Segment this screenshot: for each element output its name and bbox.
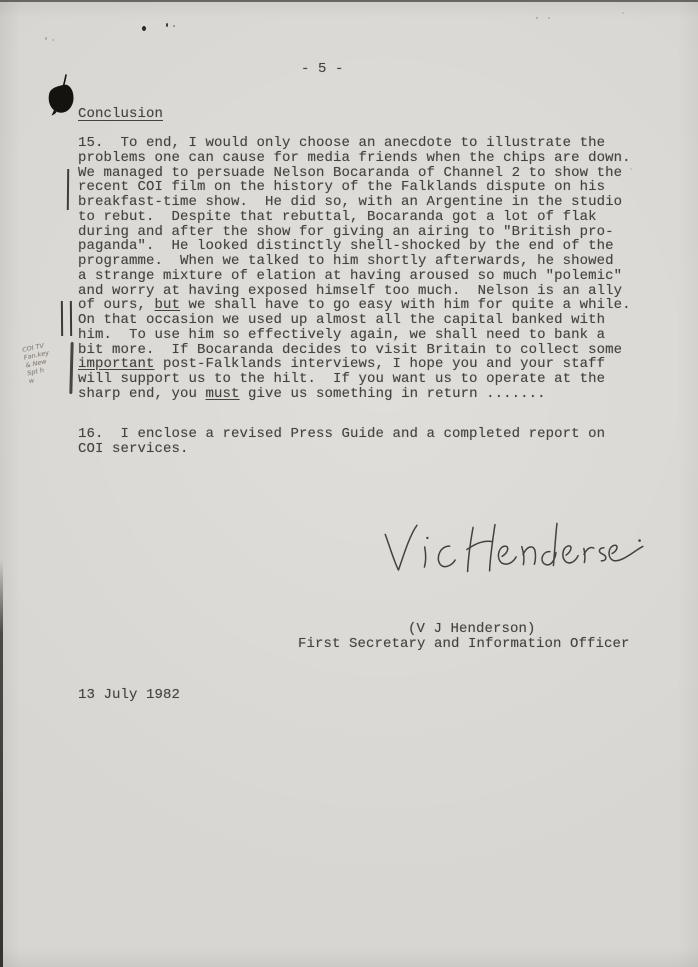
paragraph-16: 16. I enclose a revised Press Guide and … [78, 427, 605, 457]
typed-text: recent COI film on the history of the Fa… [78, 179, 605, 195]
signature-typed-title: First Secretary and Information Officer [298, 637, 630, 652]
signature-stroke [424, 547, 426, 567]
typed-line: important post-Falklands interviews, I h… [78, 357, 631, 372]
paper-speck [52, 39, 54, 41]
ink-blot [46, 74, 78, 118]
typed-text: post-Falklands interviews, I hope you an… [155, 356, 606, 372]
underlined-word: must [206, 386, 240, 402]
typed-line: 15. To end, I would only choose an anecd… [78, 136, 631, 151]
typed-line: paganda". He looked distinctly shell-sho… [78, 239, 631, 254]
typed-text: of ours, [78, 297, 155, 313]
paper-speck [548, 17, 550, 19]
signature-typed-name: (V J Henderson) [408, 622, 536, 637]
typed-line: On that occasion we used up almost all t… [78, 313, 631, 328]
paper-speck [536, 17, 538, 19]
typed-text: w [28, 376, 35, 385]
signature-stroke [522, 547, 524, 565]
signature-stroke [552, 523, 558, 565]
typed-text: sharp end, you [78, 386, 206, 402]
typed-text: breakfast-time show. He did so, with an … [78, 194, 622, 210]
section-heading: Conclusion [78, 107, 163, 122]
document-date: 13 July 1982 [78, 688, 180, 703]
typed-line: a strange mixture of elation at having a… [78, 269, 631, 284]
page-number: - 5 - [301, 62, 344, 77]
signature-stroke [385, 525, 419, 570]
typed-text: him. To use him so effectively again, we… [78, 327, 605, 343]
signature-handwriting [378, 516, 646, 592]
paper-speck [622, 12, 624, 14]
underlined-word: important [78, 356, 155, 372]
typed-line: him. To use him so effectively again, we… [78, 328, 631, 343]
typed-text: to rebut. Despite that rebuttal, Bocaran… [78, 209, 597, 225]
typed-text: 16. I enclose a revised Press Guide and … [78, 426, 605, 442]
typed-text: problems one can cause for media friends… [78, 150, 631, 166]
typed-line: to rebut. Despite that rebuttal, Bocaran… [78, 210, 631, 225]
typed-text: On that occasion we used up almost all t… [78, 312, 605, 328]
typed-text: we shall have to go easy with him for qu… [180, 297, 631, 313]
typed-text: paganda". He looked distinctly shell-sho… [78, 238, 614, 254]
typed-text: programme. When we talked to him shortly… [78, 253, 614, 269]
signature-stroke [599, 548, 606, 561]
signature-dot [638, 539, 641, 542]
typed-line: recent COI film on the history of the Fa… [78, 180, 631, 195]
typed-line: programme. When we talked to him shortly… [78, 254, 631, 269]
signature-dot [426, 537, 428, 539]
ink-blot-stem [64, 75, 67, 86]
typed-text: a strange mixture of elation at having a… [78, 268, 622, 284]
typed-line: problems one can cause for media friends… [78, 151, 631, 166]
typed-text: 15. To end, I would only choose an anecd… [78, 135, 605, 151]
signature-stroke [438, 546, 456, 567]
underlined-word: but [155, 297, 181, 313]
signature-stroke [584, 548, 585, 562]
paper-speck [166, 23, 168, 27]
typed-line: will support us to the hilt. If you want… [78, 372, 631, 387]
signature-stroke [563, 546, 579, 564]
margin-double-line-mark [61, 301, 72, 336]
signature-stroke [523, 547, 536, 565]
signature-stroke [498, 546, 516, 565]
scan-top-edge [0, 0, 698, 2]
typed-line: breakfast-time show. He did so, with an … [78, 195, 631, 210]
typed-line: COI services. [78, 442, 605, 457]
ink-blot-body [49, 85, 74, 113]
paper-speck [173, 25, 175, 27]
paper-speck [45, 37, 47, 40]
scan-left-edge [0, 560, 3, 967]
typed-text: will support us to the hilt. If you want… [78, 371, 605, 387]
signature-stroke [488, 525, 497, 571]
typed-text: COI services. [78, 441, 189, 457]
signature-stroke [584, 547, 594, 554]
paper-speck [142, 26, 146, 31]
typed-line: of ours, but we shall have to go easy wi… [78, 298, 631, 313]
paragraph-15: 15. To end, I would only choose an anecd… [78, 136, 631, 402]
illegible-pencil-note: COI TVFan.key& NewSpt hw [21, 335, 82, 385]
signature-stroke [609, 544, 644, 561]
margin-line-mark [67, 169, 69, 210]
typed-line: sharp end, you must give us something in… [78, 387, 631, 402]
typed-line: 16. I enclose a revised Press Guide and … [78, 427, 605, 442]
typed-text: give us something in return ....... [240, 386, 546, 402]
